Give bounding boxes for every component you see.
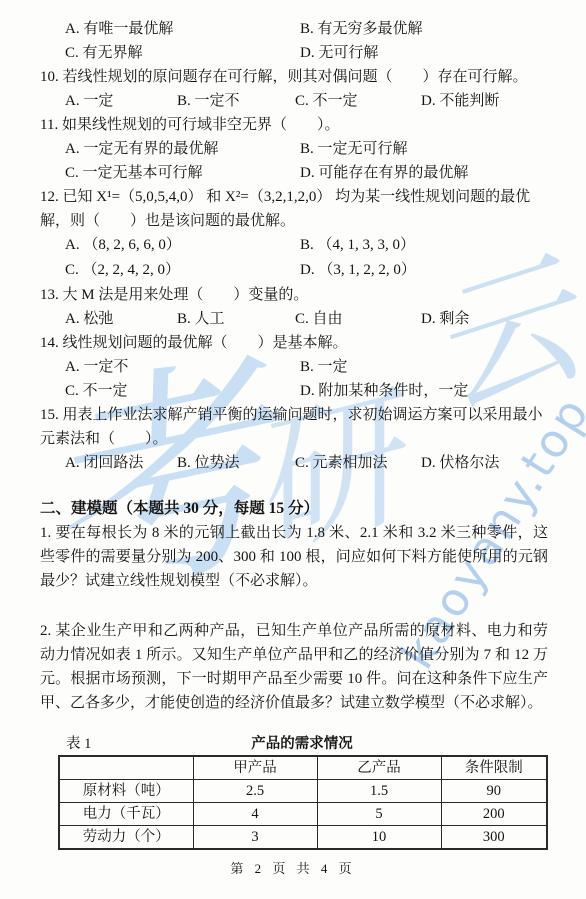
cell: 5 <box>317 803 441 826</box>
question-13-options: A. 松弛 B. 人工 C. 自由 D. 剩余 <box>40 307 548 331</box>
table-1-block: 表 1 产品的需求情况 甲产品 乙产品 条件限制 原材料 <box>58 733 546 850</box>
page-content: A. 有唯一最优解 B. 有无穷多最优解 C. 有无界解 D. 无可行解 10.… <box>40 17 548 850</box>
question-12-options: A. （8, 2, 6, 6, 0） B. （4, 1, 3, 3, 0） C.… <box>40 233 548 283</box>
option-a: A. 一定 <box>65 89 177 113</box>
page-number: 第 2 页 共 4 页 <box>230 861 355 876</box>
option-b: B. 位势法 <box>177 451 295 475</box>
modeling-problem-2: 2. 某企业生产甲和乙两种产品，已知生产单位产品所需的原材料、电力和劳动力情况如… <box>40 619 548 715</box>
cell: 2.5 <box>193 780 317 803</box>
cell: 10 <box>317 826 441 850</box>
option-d: D. 附加某种条件时，一定 <box>300 379 548 403</box>
option-a: A. 有唯一最优解 <box>65 17 300 41</box>
header-cell <box>59 756 193 780</box>
option-d: D. 伏格尔法 <box>421 451 548 475</box>
option-c: C. 一定无基本可行解 <box>65 161 300 185</box>
option-d: D. （3, 1, 2, 2, 0） <box>300 258 548 283</box>
question-15-options: A. 闭回路法 B. 位势法 C. 元素相加法 D. 伏格尔法 <box>40 451 548 475</box>
option-d: D. 无可行解 <box>300 41 548 65</box>
option-d: D. 不能判断 <box>421 89 548 113</box>
option-a: A. 松弛 <box>65 307 177 331</box>
option-c: C. 不一定 <box>65 379 300 403</box>
row-label: 劳动力（个） <box>59 826 193 850</box>
option-b: B. 一定不 <box>177 89 295 113</box>
table-row: 原材料（吨） 2.5 1.5 90 <box>59 780 547 803</box>
cell: 3 <box>193 826 317 850</box>
question-9-options: A. 有唯一最优解 B. 有无穷多最优解 C. 有无界解 D. 无可行解 <box>40 17 548 65</box>
demand-table: 甲产品 乙产品 条件限制 原材料（吨） 2.5 1.5 90 电力（千瓦） 4 <box>58 755 548 850</box>
modeling-problem-1: 1. 要在每根长为 8 米的元钢上截出长为 1.8 米、2.1 米和 3.2 米… <box>40 521 548 593</box>
cell: 200 <box>441 803 547 826</box>
option-d: D. 剩余 <box>421 307 548 331</box>
question-11-options: A. 一定无有界的最优解 B. 一定无可行解 C. 一定无基本可行解 D. 可能… <box>40 137 548 185</box>
option-b: B. 一定无可行解 <box>300 137 548 161</box>
cell: 4 <box>193 803 317 826</box>
option-b: B. 一定 <box>300 355 548 379</box>
table-label: 表 1 <box>66 733 91 755</box>
row-label: 原材料（吨） <box>59 780 193 803</box>
option-b: B. 有无穷多最优解 <box>300 17 548 41</box>
option-a: A. 闭回路法 <box>65 451 177 475</box>
question-10-stem: 10. 若线性规划的原问题存在可行解，则其对偶问题（ ）存在可行解。 <box>40 65 548 89</box>
table-header-row: 甲产品 乙产品 条件限制 <box>59 756 547 780</box>
header-cell: 乙产品 <box>317 756 441 780</box>
question-10-options: A. 一定 B. 一定不 C. 不一定 D. 不能判断 <box>40 89 548 113</box>
header-cell: 条件限制 <box>441 756 547 780</box>
question-12-stem: 12. 已知 X¹=（5,0,5,4,0） 和 X²=（3,2,1,2,0） 均… <box>40 185 548 233</box>
option-c: C. 不一定 <box>295 89 421 113</box>
table-caption: 表 1 产品的需求情况 <box>58 733 546 755</box>
question-11-stem: 11. 如果线性规划的可行域非空无界（ ）。 <box>40 113 548 137</box>
table-row: 电力（千瓦） 4 5 200 <box>59 803 547 826</box>
option-d: D. 可能存在有界的最优解 <box>300 161 548 185</box>
section-2-heading: 二、建模题（本题共 30 分，每题 15 分） <box>40 497 548 521</box>
option-a: A. 一定不 <box>65 355 300 379</box>
question-14-options: A. 一定不 B. 一定 C. 不一定 D. 附加某种条件时，一定 <box>40 355 548 403</box>
page-footer: 第 2 页 共 4 页 <box>0 858 586 877</box>
table-row: 劳动力（个） 3 10 300 <box>59 826 547 850</box>
cell: 300 <box>441 826 547 850</box>
option-a: A. 一定无有界的最优解 <box>65 137 300 161</box>
option-b: B. 人工 <box>177 307 295 331</box>
question-13-stem: 13. 大 M 法是用来处理（ ）变量的。 <box>40 283 548 307</box>
question-14-stem: 14. 线性规划问题的最优解（ ）是基本解。 <box>40 331 548 355</box>
exam-page: 考 研 云 kaoyany.top A. 有唯一最优解 B. 有无穷多最优解 C… <box>0 0 586 899</box>
table-title: 产品的需求情况 <box>58 733 546 755</box>
option-c: C. 自由 <box>295 307 421 331</box>
cell: 1.5 <box>317 780 441 803</box>
header-cell: 甲产品 <box>193 756 317 780</box>
question-15-stem: 15. 用表上作业法求解产销平衡的运输问题时，求初始调运方案可以采用最小元素法和… <box>40 403 548 451</box>
row-label: 电力（千瓦） <box>59 803 193 826</box>
option-b: B. （4, 1, 3, 3, 0） <box>300 233 548 258</box>
option-c: C. 元素相加法 <box>295 451 421 475</box>
option-c: C. 有无界解 <box>65 41 300 65</box>
option-a: A. （8, 2, 6, 6, 0） <box>65 233 300 258</box>
option-c: C. （2, 2, 4, 2, 0） <box>65 258 300 283</box>
cell: 90 <box>441 780 547 803</box>
